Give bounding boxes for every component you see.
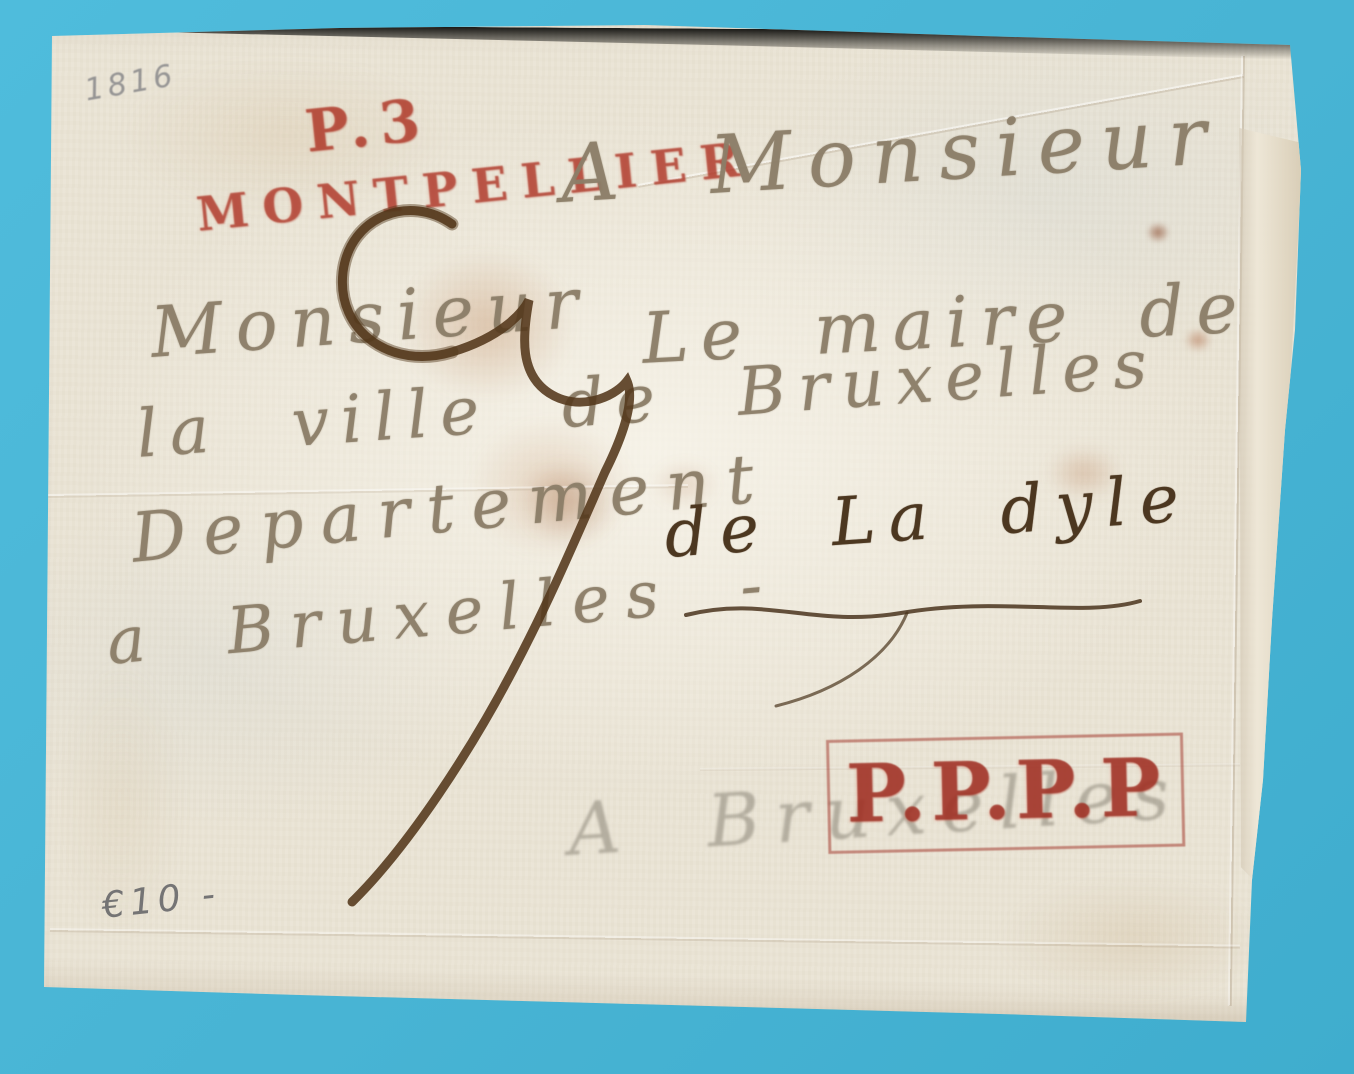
paper-stain [1000,876,1265,1001]
folded-flap-edge [1232,128,1306,890]
montpellier-rate-stamp-line1: P.3 [302,85,433,166]
photo-background: 1816 €10 - P.3 MONTPELLIER A Bruxelles P… [0,0,1354,1074]
paper-stain [1146,222,1170,243]
letter-sheet: 1816 €10 - P.3 MONTPELLIER A Bruxelles P… [0,0,1354,1074]
port-paye-pppp-stamp: P.P.P.P [826,733,1186,854]
